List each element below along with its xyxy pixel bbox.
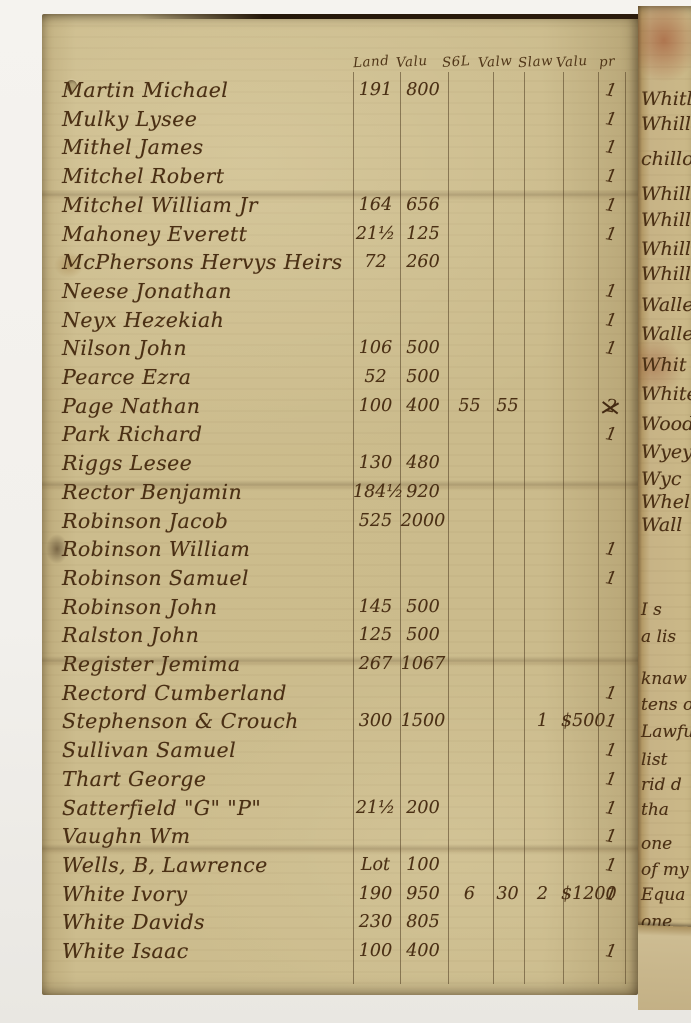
land-cell: 100 — [353, 937, 398, 966]
clipped-note-fragment: tens o — [641, 695, 691, 715]
name-cell: Sullivan Samuel — [62, 736, 350, 765]
poll-cell: 1 — [596, 332, 627, 365]
ledger-row: Wells, B, LawrenceLot1001 — [42, 851, 638, 880]
name-cell: White Ivory — [62, 880, 350, 909]
land-cell: 21½ — [353, 794, 398, 823]
column-header: pr — [598, 53, 615, 70]
land-cell: 191 — [353, 76, 398, 105]
ledger-row: Rectord Cumberland1 — [42, 679, 638, 708]
c5-cell: 2 — [524, 880, 561, 909]
ledger-row: White Ivory1909506302$12001 — [42, 880, 638, 909]
land-cell: 72 — [353, 248, 398, 277]
clipped-name-fragment: Wood — [641, 413, 691, 435]
column-header: Slaw — [517, 53, 553, 71]
poll-cell: 1 — [596, 763, 627, 796]
name-cell: Riggs Lesee — [62, 449, 350, 478]
name-cell: Robinson William — [62, 535, 350, 564]
name-cell: Pearce Ezra — [62, 363, 350, 392]
clipped-name-fragment: chillo — [641, 148, 691, 170]
clipped-note-fragment: of my — [641, 860, 689, 880]
ledger-row: Satterfield "G" "P"21½2001 — [42, 794, 638, 823]
name-cell: Satterfield "G" "P" — [62, 794, 350, 823]
value-cell: 950 — [400, 880, 446, 909]
land-cell: 145 — [353, 593, 398, 622]
name-cell: Robinson Samuel — [62, 564, 350, 593]
ledger-row: Riggs Lesee130480 — [42, 449, 638, 478]
value-cell: 656 — [400, 191, 446, 220]
name-cell: Mulky Lysee — [62, 105, 350, 134]
name-cell: Robinson John — [62, 593, 350, 622]
name-cell: Martin Michael — [62, 76, 350, 105]
name-cell: Mahoney Everett — [62, 220, 350, 249]
land-cell: 525 — [353, 507, 398, 536]
ledger-row: White Isaac1004001 — [42, 937, 638, 966]
value-cell: 500 — [400, 363, 446, 392]
value-cell: 200 — [400, 794, 446, 823]
clipped-name-fragment: Whille — [641, 183, 691, 205]
name-cell: Rector Benjamin — [62, 478, 350, 507]
stain — [638, 6, 691, 82]
ledger-row: Robinson William1 — [42, 535, 638, 564]
clipped-name-fragment: Whel — [641, 491, 690, 513]
value-cell: 1067 — [400, 650, 446, 679]
clipped-name-fragment: Waller — [641, 323, 691, 345]
land-cell: 21½ — [353, 220, 398, 249]
value-cell: 500 — [400, 621, 446, 650]
name-cell: Nilson John — [62, 334, 350, 363]
clipped-note-fragment: list — [641, 750, 667, 770]
land-cell: 164 — [353, 191, 398, 220]
land-cell: 267 — [353, 650, 398, 679]
ledger-row: Mitchel Robert1 — [42, 162, 638, 191]
land-cell: 125 — [353, 621, 398, 650]
clipped-name-fragment: Whit — [641, 354, 686, 376]
clipped-note-fragment: Lawfu — [641, 722, 691, 742]
clipped-name-fragment: Whill — [641, 263, 691, 285]
clipped-name-fragment: Whitl — [641, 88, 691, 110]
name-cell: Vaughn Wm — [62, 822, 350, 851]
name-cell: Neyx Hezekiah — [62, 306, 350, 335]
value-cell: 2000 — [400, 507, 446, 536]
value-cell: 480 — [400, 449, 446, 478]
ledger-row: Mitchel William Jr1646561 — [42, 191, 638, 220]
column-header: Valu — [395, 53, 428, 71]
ledger-row: Mulky Lysee1 — [42, 105, 638, 134]
value-cell: 920 — [400, 478, 446, 507]
ledger-page: LandValuS6LValwSlawValupr Martin Michael… — [42, 14, 638, 995]
name-cell: Mitchel Robert — [62, 162, 350, 191]
land-cell: 130 — [353, 449, 398, 478]
name-cell: White Isaac — [62, 937, 350, 966]
clipped-name-fragment: Wallen — [641, 294, 691, 316]
ledger-row: Neyx Hezekiah1 — [42, 306, 638, 335]
column-header: S6L — [441, 53, 470, 71]
value-cell: 805 — [400, 908, 446, 937]
c4-cell: 30 — [493, 880, 522, 909]
ledger-row: Robinson Jacob5252000 — [42, 507, 638, 536]
name-cell: McPhersons Hervys Heirs — [62, 248, 350, 277]
clipped-name-fragment: Wall — [641, 514, 682, 536]
folded-corner — [638, 925, 691, 1010]
ledger-row: Robinson Samuel1 — [42, 564, 638, 593]
page-top-edge — [138, 14, 638, 19]
photo-backdrop: LandValuS6LValwSlawValupr Martin Michael… — [0, 0, 691, 1023]
clipped-note-fragment: knaw — [641, 669, 687, 689]
value-cell: 1500 — [400, 707, 446, 736]
value-cell: 125 — [400, 220, 446, 249]
name-cell: Thart George — [62, 765, 350, 794]
land-cell: 100 — [353, 392, 398, 421]
name-cell: Rectord Cumberland — [62, 679, 350, 708]
clipped-note-fragment: tha — [641, 800, 669, 820]
value-cell: 800 — [400, 76, 446, 105]
land-cell: 300 — [353, 707, 398, 736]
column-header: Valu — [555, 53, 588, 71]
name-cell: Ralston John — [62, 621, 350, 650]
poll-cell: 1 — [596, 418, 627, 451]
value-cell: 500 — [400, 593, 446, 622]
ledger-row: Nilson John1065001 — [42, 334, 638, 363]
clipped-name-fragment: Wyey — [641, 441, 691, 463]
ledger-row: Sullivan Samuel1 — [42, 736, 638, 765]
c5-cell: 1 — [524, 707, 561, 736]
ledger-row: Mithel James1 — [42, 133, 638, 162]
name-cell: Wells, B, Lawrence — [62, 851, 350, 880]
value-cell: 400 — [400, 392, 446, 421]
value-cell: 400 — [400, 937, 446, 966]
c3-cell: 6 — [448, 880, 491, 909]
ledger-row: Vaughn Wm1 — [42, 822, 638, 851]
name-cell: Robinson Jacob — [62, 507, 350, 536]
clipped-note-fragment: one — [641, 834, 672, 854]
poll-cell: 1 — [596, 935, 627, 968]
clipped-note-fragment: Equa — [641, 885, 685, 905]
ledger-row: Mahoney Everett21½1251 — [42, 220, 638, 249]
clipped-name-fragment: Wyc — [641, 468, 682, 490]
name-cell: Mitchel William Jr — [62, 191, 350, 220]
clipped-note-fragment: I s — [641, 600, 662, 620]
land-cell: 184½ — [353, 478, 398, 507]
name-cell: Mithel James — [62, 133, 350, 162]
ledger-row: White Davids230805 — [42, 908, 638, 937]
land-cell: 190 — [353, 880, 398, 909]
clipped-name-fragment: Whill — [641, 209, 691, 231]
ledger-row: Rector Benjamin184½920 — [42, 478, 638, 507]
land-cell: 52 — [353, 363, 398, 392]
value-cell: 260 — [400, 248, 446, 277]
clipped-name-fragment: Whill — [641, 113, 691, 135]
poll-cell: 1 — [596, 217, 627, 250]
c3-cell: 55 — [448, 392, 491, 421]
ledger-row: Robinson John145500 — [42, 593, 638, 622]
ledger-row: Ralston John125500 — [42, 621, 638, 650]
name-cell: Register Jemima — [62, 650, 350, 679]
clipped-name-fragment: White — [641, 383, 691, 405]
second-page-edge: WhitlWhillchilloWhilleWhillWhillWhillWal… — [638, 6, 691, 1010]
land-cell: 230 — [353, 908, 398, 937]
clipped-note-fragment: rid d — [641, 775, 682, 795]
poll-cell: 1 — [596, 562, 627, 595]
column-header: Valw — [477, 53, 512, 71]
land-cell: Lot — [353, 851, 398, 880]
name-cell: White Davids — [62, 908, 350, 937]
ledger-row: Pearce Ezra52500 — [42, 363, 638, 392]
name-cell: Park Richard — [62, 420, 350, 449]
c4-cell: 55 — [493, 392, 522, 421]
ledger-row: Neese Jonathan1 — [42, 277, 638, 306]
clipped-name-fragment: Whill — [641, 238, 691, 260]
ledger-row: Park Richard1 — [42, 420, 638, 449]
land-cell: 106 — [353, 334, 398, 363]
crossed-out-entry: 2 — [603, 391, 619, 422]
value-cell: 500 — [400, 334, 446, 363]
value-cell: 100 — [400, 851, 446, 880]
poll-cell: 1 — [596, 878, 627, 911]
ledger-row: McPhersons Hervys Heirs72260 — [42, 248, 638, 277]
name-cell: Stephenson & Crouch — [62, 707, 350, 736]
column-header: Land — [352, 53, 389, 71]
clipped-note-fragment: a lis — [641, 627, 676, 647]
name-cell: Page Nathan — [62, 392, 350, 421]
ledger-row: Register Jemima2671067 — [42, 650, 638, 679]
name-cell: Neese Jonathan — [62, 277, 350, 306]
ledger-row: Thart George1 — [42, 765, 638, 794]
ledger-row: Stephenson & Crouch30015001$5001 — [42, 707, 638, 736]
ledger-row: Page Nathan10040055552 — [42, 392, 638, 421]
poll-cell: 1 — [596, 189, 627, 222]
ledger-row: Martin Michael1918001 — [42, 76, 638, 105]
